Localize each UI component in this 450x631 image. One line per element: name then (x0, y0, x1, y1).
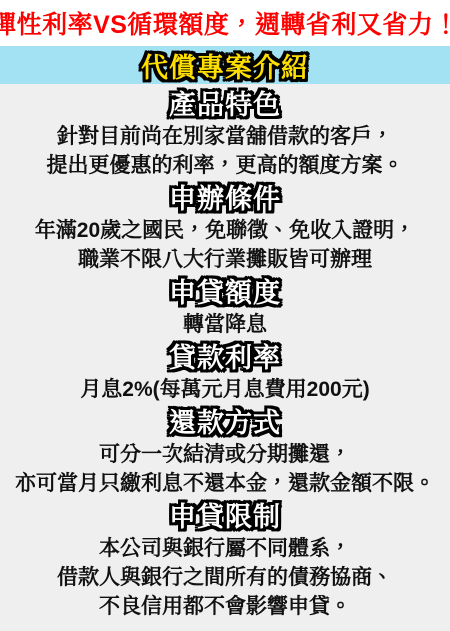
section-title: 貸款利率 (0, 341, 450, 375)
section-application-conditions: 申辦條件 年滿20歲之國民，免聯徵、免收入證明， 職業不限八大行業攤販皆可辦理 (0, 182, 450, 274)
section-line: 提出更優惠的利率，更高的額度方案。 (0, 151, 450, 180)
section-line: 職業不限八大行業攤販皆可辦理 (0, 245, 450, 274)
section-title: 產品特色 (0, 88, 450, 122)
page-headline: 彈性利率VS循環額度，週轉省利又省力！ (0, 0, 450, 46)
section-title: 申貸額度 (0, 276, 450, 310)
section-title: 申辦條件 (0, 182, 450, 216)
section-line: 年滿20歲之國民，免聯徵、免收入證明， (0, 216, 450, 245)
section-title: 還款方式 (0, 406, 450, 440)
section-loan-amount: 申貸額度 轉當降息 (0, 276, 450, 339)
section-line: 轉當降息 (0, 310, 450, 339)
section-line: 本公司與銀行屬不同體系， (0, 534, 450, 563)
section-loan-restrictions: 申貸限制 本公司與銀行屬不同體系， 借款人與銀行之間所有的債務協商、 不良信用都… (0, 500, 450, 621)
section-title: 申貸限制 (0, 500, 450, 534)
section-repayment-method: 還款方式 可分一次結清或分期攤還， 亦可當月只繳利息不還本金，還款金額不限。 (0, 406, 450, 498)
section-line: 借款人與銀行之間所有的債務協商、 (0, 563, 450, 592)
section-line: 針對目前尚在別家當舖借款的客戶， (0, 122, 450, 151)
section-loan-interest-rate: 貸款利率 月息2%(每萬元月息費用200元) (0, 341, 450, 404)
section-line: 可分一次結清或分期攤還， (0, 440, 450, 469)
section-line: 亦可當月只繳利息不還本金，還款金額不限。 (0, 469, 450, 498)
banner-title: 代償專案介紹 (141, 46, 309, 85)
content: 產品特色 針對目前尚在別家當舖借款的客戶， 提出更優惠的利率，更高的額度方案。 … (0, 84, 450, 631)
section-line: 月息2%(每萬元月息費用200元) (0, 375, 450, 404)
banner: 代償專案介紹 (0, 46, 450, 84)
section-product-features: 產品特色 針對目前尚在別家當舖借款的客戶， 提出更優惠的利率，更高的額度方案。 (0, 88, 450, 180)
section-line: 不良信用都不會影響申貸。 (0, 592, 450, 621)
